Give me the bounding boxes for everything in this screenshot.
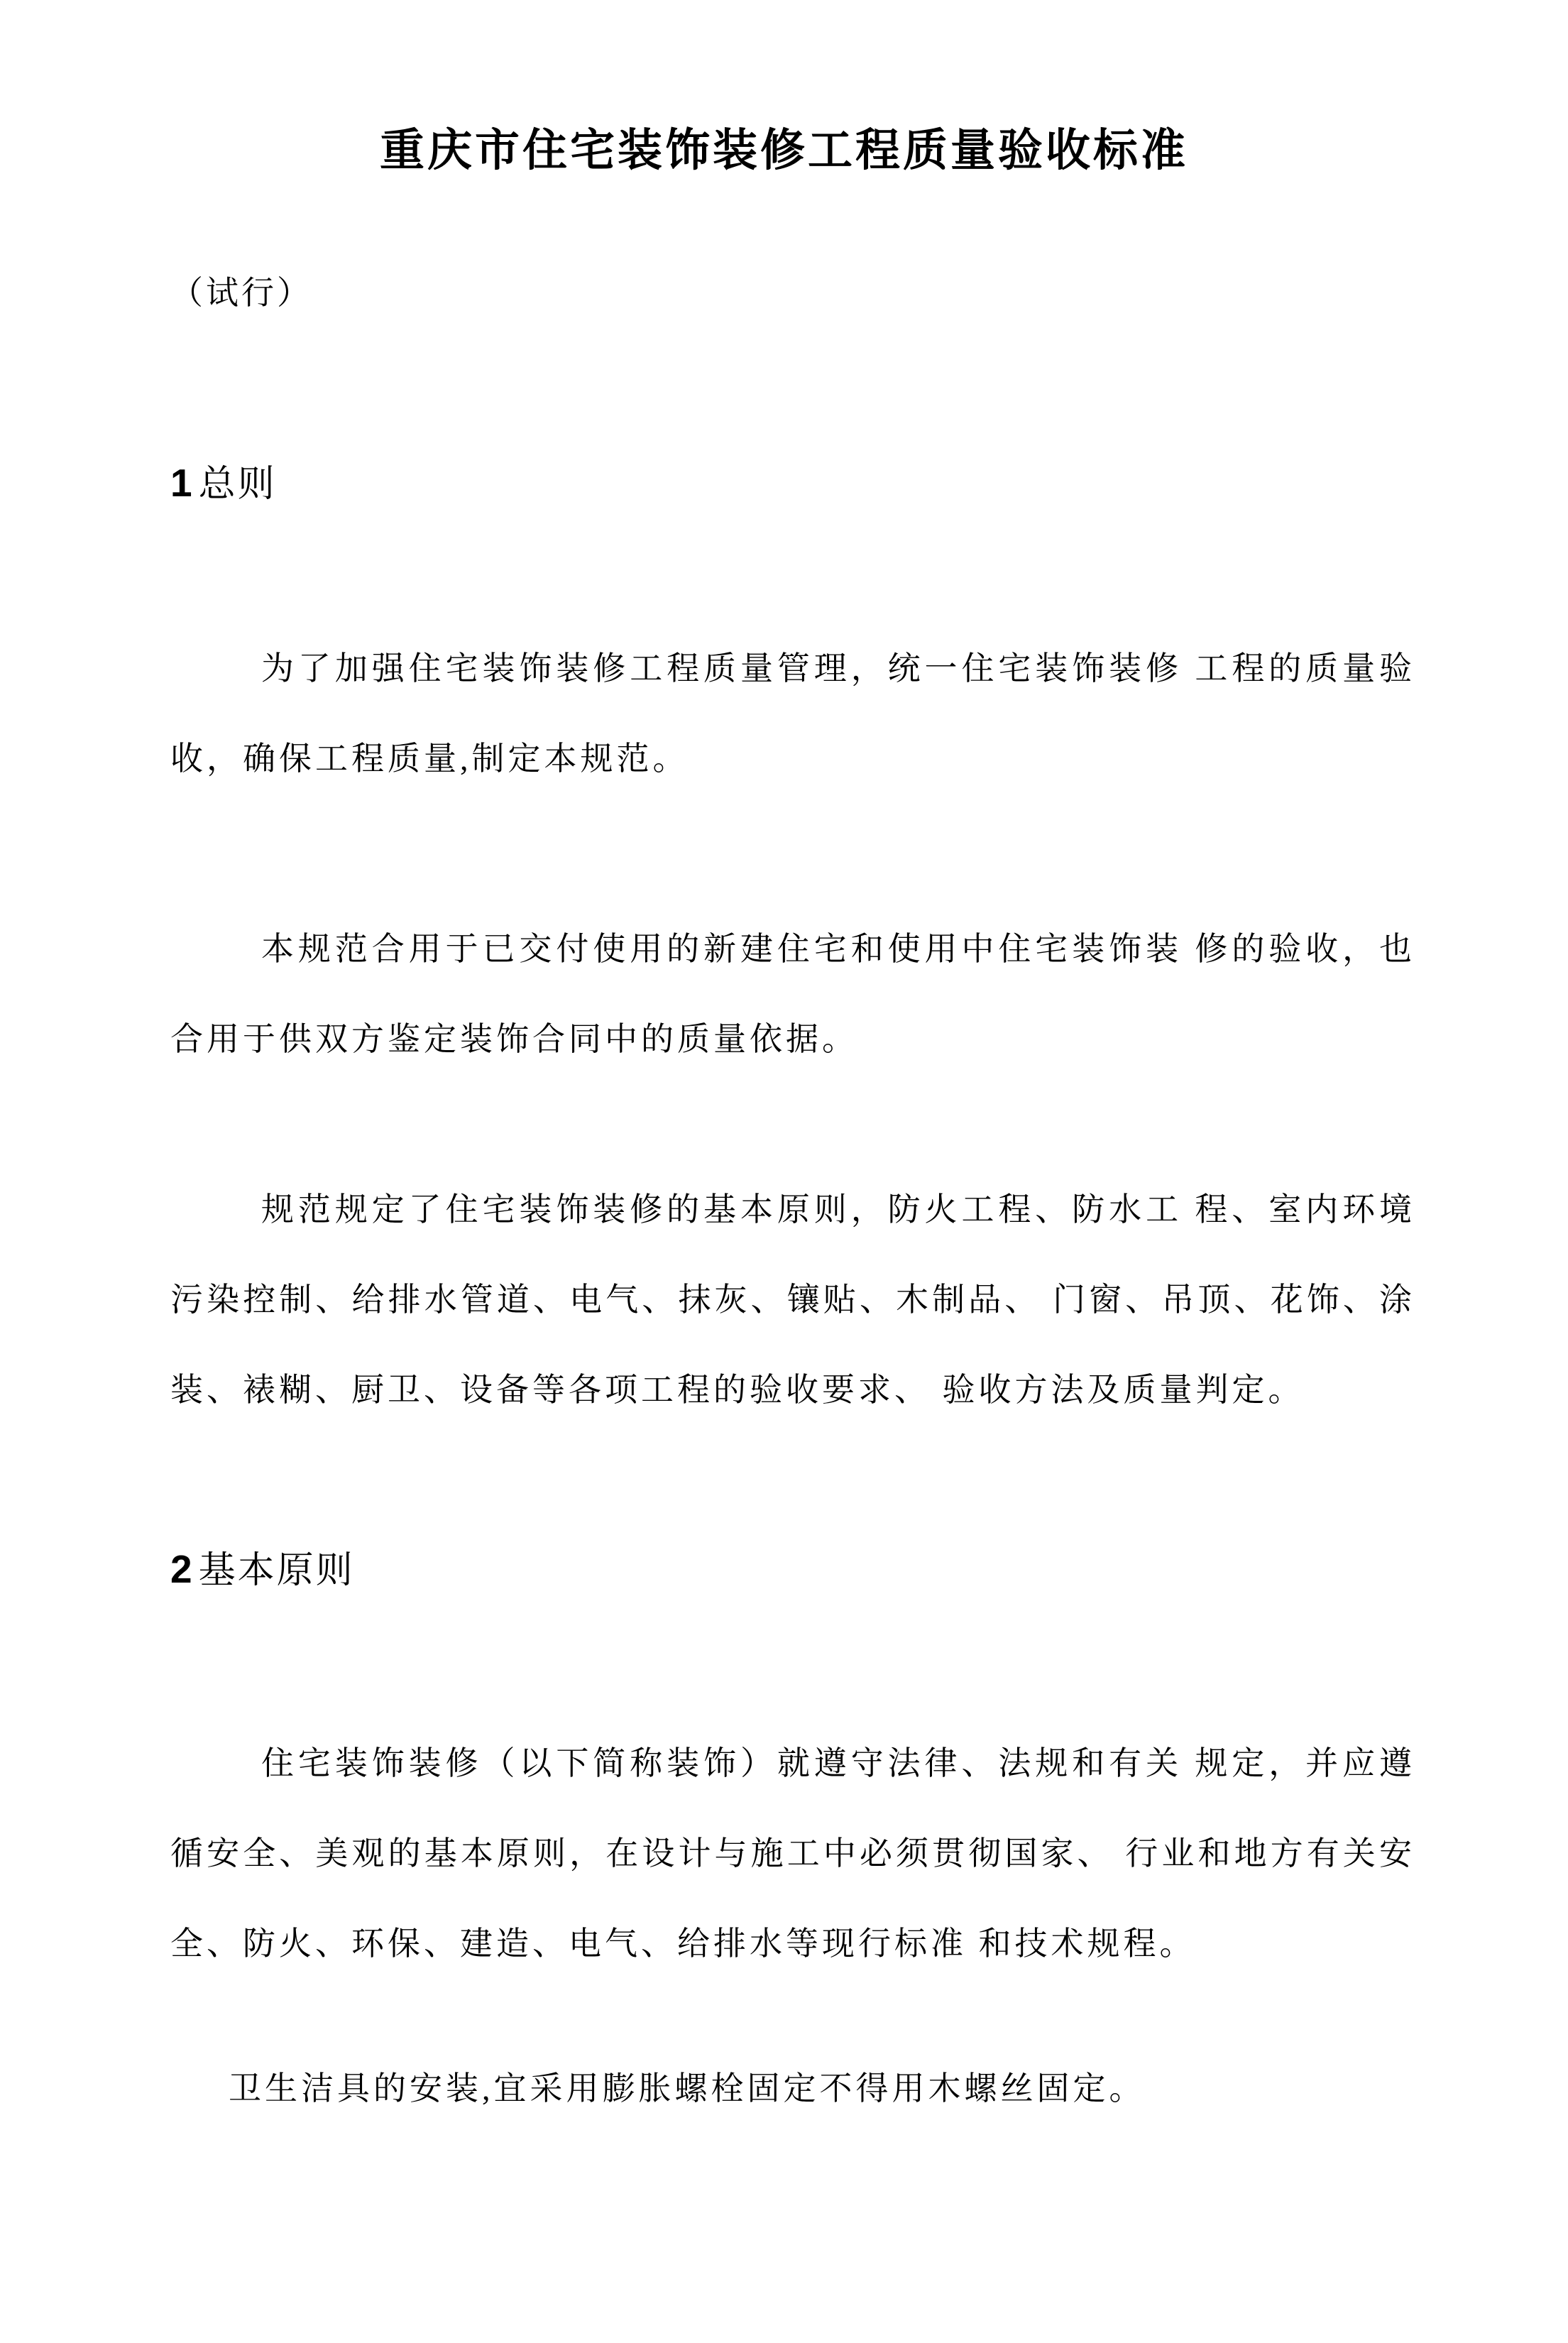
paragraph-line: 收，确保工程质量,制定本规范。: [170, 714, 1415, 804]
paragraph-line: 本规范合用于已交付使用的新建住宅和使用中住宅装饰装 修的验收，也: [170, 904, 1415, 994]
paragraph-line: 住宅装饰装修（以下简称装饰）就遵守法律、法规和有关 规定，并应遵: [170, 1718, 1415, 1808]
paragraph: 规范规定了住宅装饰装修的基本原则，防火工程、防水工 程、室内环境 污染控制、给排…: [170, 1164, 1415, 1435]
section-number: 1: [170, 461, 194, 505]
paragraph: 为了加强住宅装饰装修工程质量管理，统一住宅装饰装修 工程的质量验 收，确保工程质…: [170, 623, 1415, 804]
paragraph-line: 为了加强住宅装饰装修工程质量管理，统一住宅装饰装修 工程的质量验: [170, 623, 1415, 714]
document-page: 重庆市住宅装饰装修工程质量验收标准 （试行） 1总则 为了加强住宅装饰装修工程质…: [0, 0, 1568, 2343]
paragraph-line: 循安全、美观的基本原则，在设计与施工中必须贯彻国家、 行业和地方有关安: [170, 1808, 1415, 1899]
paragraph-line: 合用于供双方鉴定装饰合同中的质量依据。: [170, 994, 1415, 1084]
paragraph-line: 全、防火、环保、建造、电气、给排水等现行标准 和技术规程。: [170, 1899, 1415, 1989]
document-title: 重庆市住宅装饰装修工程质量验收标准: [0, 126, 1568, 175]
paragraph: 本规范合用于已交付使用的新建住宅和使用中住宅装饰装 修的验收，也 合用于供双方鉴…: [170, 904, 1415, 1084]
paragraph-line: 规范规定了住宅装饰装修的基本原则，防火工程、防水工 程、室内环境: [170, 1164, 1415, 1255]
section-heading-2: 2基本原则: [170, 1549, 355, 1591]
section-number: 2: [170, 1547, 194, 1591]
section-title: 总则: [199, 464, 277, 505]
paragraph-line: 污染控制、给排水管道、电气、抹灰、镶贴、木制品、 门窗、吊顶、花饰、涂: [170, 1255, 1415, 1345]
paragraph: 住宅装饰装修（以下简称装饰）就遵守法律、法规和有关 规定，并应遵 循安全、美观的…: [170, 1718, 1415, 1989]
section-title: 基本原则: [199, 1551, 355, 1591]
section-heading-1: 1总则: [170, 463, 277, 505]
paragraph-line: 装、裱糊、厨卫、设备等各项工程的验收要求、 验收方法及质量判定。: [170, 1345, 1415, 1435]
paragraph: 卫生洁具的安装,宜采用膨胀螺栓固定不得用木螺丝固定。: [170, 2043, 1415, 2134]
document-subtitle: （试行）: [170, 275, 312, 312]
paragraph-line: 卫生洁具的安装,宜采用膨胀螺栓固定不得用木螺丝固定。: [170, 2043, 1415, 2134]
